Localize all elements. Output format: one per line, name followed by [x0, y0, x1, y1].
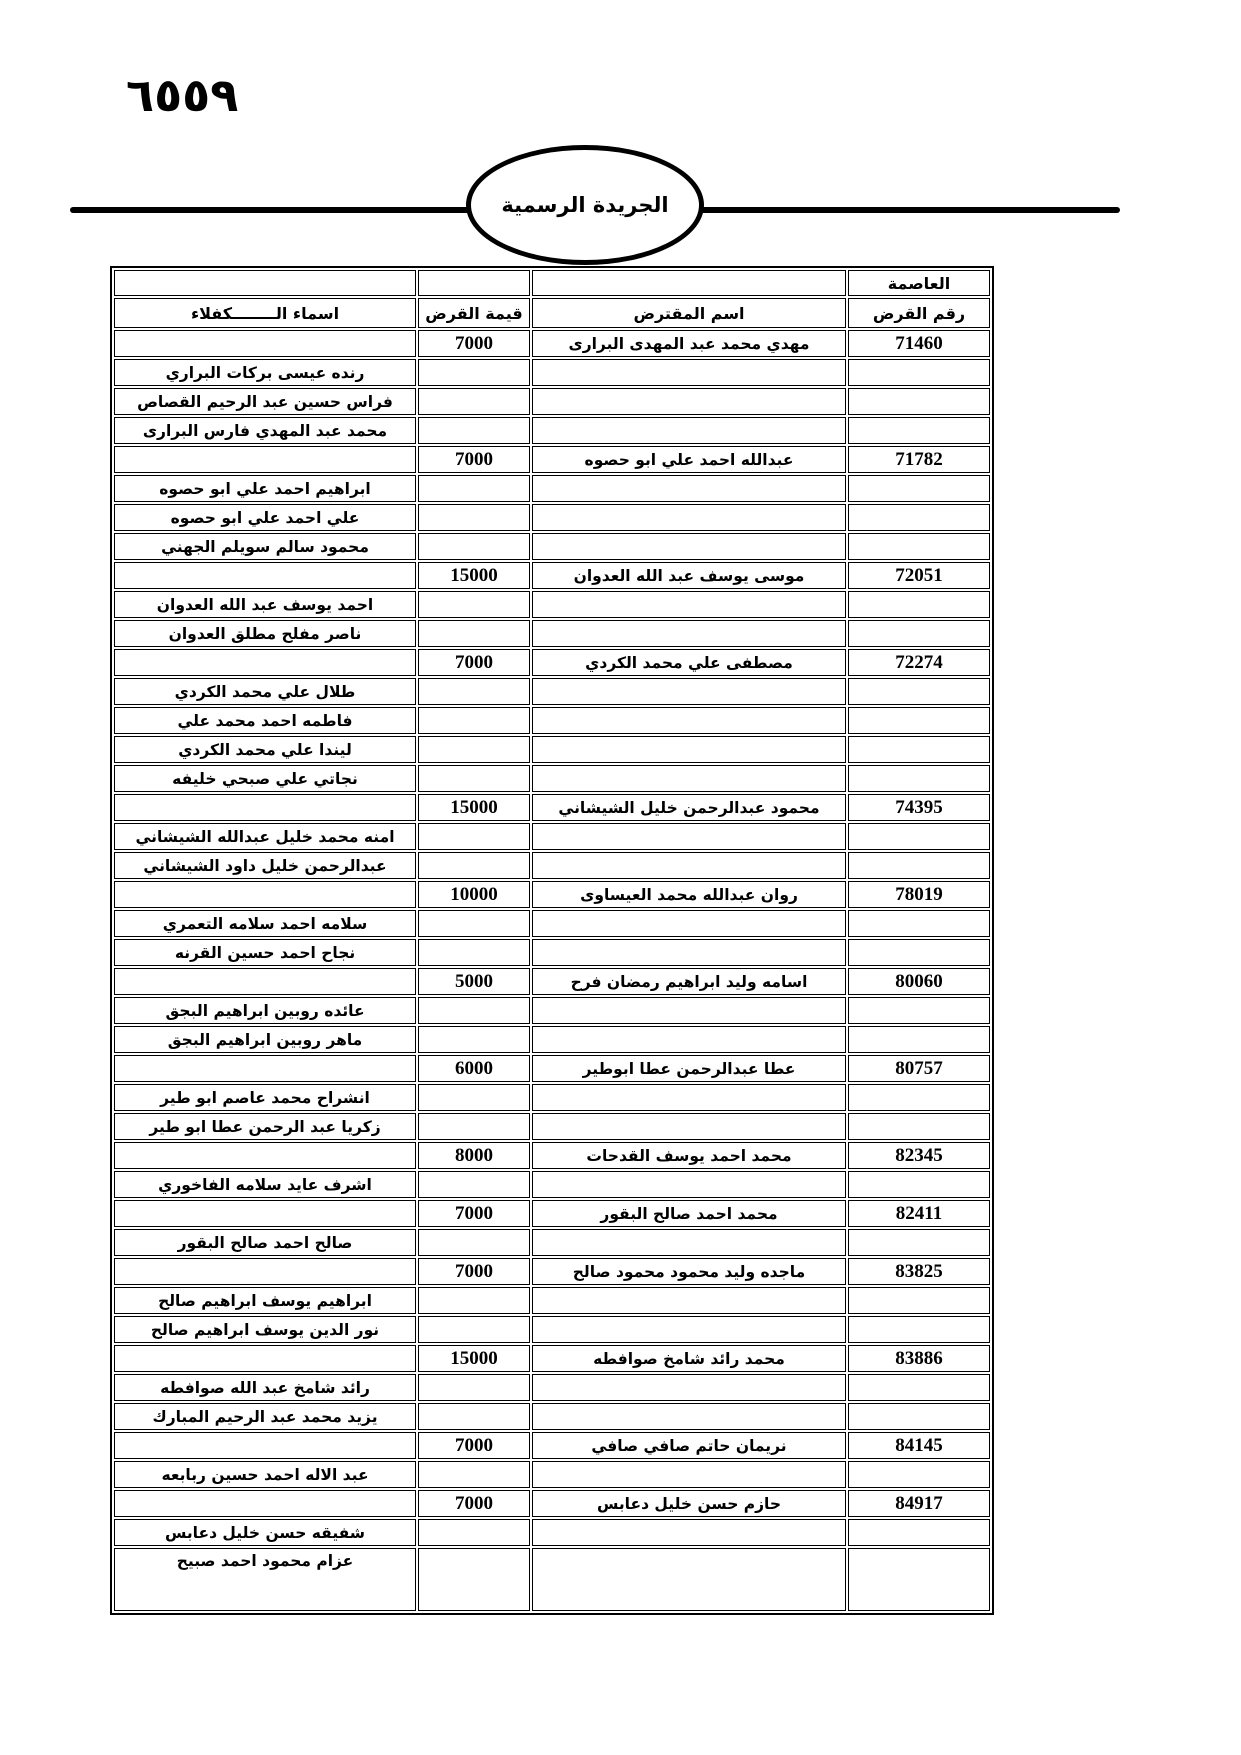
amount-cell: 7000 [418, 1490, 530, 1517]
guarantor-row: رنده عيسى بركات البراري [114, 359, 990, 386]
guarantor-cell: ابراهيم يوسف ابراهيم صالح [114, 1287, 416, 1314]
loan-number-cell: 72051 [848, 562, 990, 589]
guarantor-cell: ناصر مفلح مطلق العدوان [114, 620, 416, 647]
amount-cell [418, 1287, 530, 1314]
borrower-cell [532, 504, 846, 531]
borrower-cell: عطا عبدالرحمن عطا ابوطير [532, 1055, 846, 1082]
loan-number-cell: 84145 [848, 1432, 990, 1459]
guarantor-row: طلال علي محمد الكردي [114, 678, 990, 705]
amount-cell [418, 591, 530, 618]
guarantor-row: رائد شامخ عبد الله صوافطه [114, 1374, 990, 1401]
guarantor-cell: ماهر روبين ابراهيم البجق [114, 1026, 416, 1053]
guarantor-row: فراس حسين عبد الرحيم القصاص [114, 388, 990, 415]
borrower-cell: اسامه وليد ابراهيم رمضان فرح [532, 968, 846, 995]
loan-number-cell [848, 591, 990, 618]
empty-cell [418, 270, 530, 296]
loan-number-cell [848, 1026, 990, 1053]
guarantor-cell: صالح احمد صالح البقور [114, 1229, 416, 1256]
borrower-cell [532, 1026, 846, 1053]
loan-row: 84145نريمان حاتم صافي صافي7000 [114, 1432, 990, 1459]
guarantor-cell: محمد عبد المهدي فارس البرارى [114, 417, 416, 444]
amount-cell [418, 1171, 530, 1198]
loan-row: 72051موسى يوسف عبد الله العدوان15000 [114, 562, 990, 589]
amount-cell: 7000 [418, 1432, 530, 1459]
guarantor-cell: زكريا عبد الرحمن عطا ابو طير [114, 1113, 416, 1140]
loan-row: 71460مهدي محمد عبد المهدى البرارى7000 [114, 330, 990, 357]
borrower-cell [532, 1316, 846, 1343]
column-header-loan-number: رقم القرض [848, 298, 990, 328]
guarantor-row: نور الدين يوسف ابراهيم صالح [114, 1316, 990, 1343]
guarantor-row: علي احمد علي ابو حصوه [114, 504, 990, 531]
guarantor-row: نجاح احمد حسين القرنه [114, 939, 990, 966]
borrower-cell [532, 1548, 846, 1611]
amount-cell [418, 1316, 530, 1343]
amount-cell [418, 852, 530, 879]
column-header-row: رقم القرض اسم المقترض قيمة القرض اسماء ا… [114, 298, 990, 328]
amount-cell [418, 997, 530, 1024]
loan-number-cell: 82411 [848, 1200, 990, 1227]
guarantor-row: امنه محمد خليل عبدالله الشيشاني [114, 823, 990, 850]
loan-row: 84917حازم حسن خليل دعابس7000 [114, 1490, 990, 1517]
guarantor-cell [114, 1490, 416, 1517]
loan-number-cell: 74395 [848, 794, 990, 821]
amount-cell [418, 620, 530, 647]
borrower-cell [532, 417, 846, 444]
page-number: ٦٥٥٩ [126, 68, 238, 122]
borrower-cell [532, 707, 846, 734]
borrower-cell [532, 939, 846, 966]
guarantor-row: نجاتي علي صبحي خليفه [114, 765, 990, 792]
guarantor-cell [114, 330, 416, 357]
loan-number-cell [848, 1084, 990, 1111]
borrower-cell [532, 823, 846, 850]
amount-cell [418, 388, 530, 415]
guarantor-cell [114, 1345, 416, 1372]
borrower-cell: عبدالله احمد علي ابو حصوه [532, 446, 846, 473]
borrower-cell [532, 620, 846, 647]
guarantor-cell: سلامه احمد سلامه التعمري [114, 910, 416, 937]
guarantor-row: سلامه احمد سلامه التعمري [114, 910, 990, 937]
loan-number-cell [848, 707, 990, 734]
amount-cell [418, 1084, 530, 1111]
guarantor-row: يزيد محمد عبد الرحيم المبارك [114, 1403, 990, 1430]
guarantor-cell: رائد شامخ عبد الله صوافطه [114, 1374, 416, 1401]
guarantor-cell: ابراهيم احمد علي ابو حصوه [114, 475, 416, 502]
borrower-cell [532, 388, 846, 415]
amount-cell [418, 359, 530, 386]
loan-number-cell [848, 1316, 990, 1343]
guarantor-row: ماهر روبين ابراهيم البجق [114, 1026, 990, 1053]
amount-cell [418, 1026, 530, 1053]
amount-cell [418, 765, 530, 792]
borrower-cell: روان عبدالله محمد العيساوى [532, 881, 846, 908]
borrower-cell [532, 736, 846, 763]
guarantor-cell: نجاح احمد حسين القرنه [114, 939, 416, 966]
guarantor-row: اشرف عايد سلامه الفاخوري [114, 1171, 990, 1198]
loan-row: 83886محمد رائد شامخ صوافطه15000 [114, 1345, 990, 1372]
loan-number-cell [848, 504, 990, 531]
guarantor-cell [114, 649, 416, 676]
loan-number-cell: 84917 [848, 1490, 990, 1517]
borrower-cell [532, 1461, 846, 1488]
borrower-cell [532, 1171, 846, 1198]
guarantor-cell: عبد الاله احمد حسين ربابعه [114, 1461, 416, 1488]
borrower-cell [532, 1229, 846, 1256]
loan-number-cell [848, 1519, 990, 1546]
loan-row: 83825ماجده وليد محمود محمود صالح7000 [114, 1258, 990, 1285]
amount-cell: 7000 [418, 1258, 530, 1285]
loan-table: العاصمة رقم القرض اسم المقترض قيمة القرض… [110, 266, 994, 1615]
loan-number-cell [848, 765, 990, 792]
guarantor-cell: امنه محمد خليل عبدالله الشيشاني [114, 823, 416, 850]
loan-number-cell: 80060 [848, 968, 990, 995]
guarantor-cell: نور الدين يوسف ابراهيم صالح [114, 1316, 416, 1343]
amount-cell [418, 504, 530, 531]
guarantor-cell: ليندا علي محمد الكردي [114, 736, 416, 763]
borrower-cell [532, 1084, 846, 1111]
guarantor-row: محمد عبد المهدي فارس البرارى [114, 417, 990, 444]
amount-cell [418, 1374, 530, 1401]
empty-cell [114, 270, 416, 296]
amount-cell [418, 417, 530, 444]
borrower-cell [532, 533, 846, 560]
loan-number-cell [848, 1548, 990, 1611]
borrower-cell: ماجده وليد محمود محمود صالح [532, 1258, 846, 1285]
gazette-title-oval: الجريدة الرسمية [466, 145, 704, 265]
guarantor-row: انشراح محمد عاصم ابو طير [114, 1084, 990, 1111]
borrower-cell: مصطفى علي محمد الكردي [532, 649, 846, 676]
amount-cell: 5000 [418, 968, 530, 995]
loan-number-cell [848, 823, 990, 850]
amount-cell: 7000 [418, 1200, 530, 1227]
region-header-cell: العاصمة [848, 270, 990, 296]
guarantor-row: ليندا علي محمد الكردي [114, 736, 990, 763]
guarantor-cell [114, 562, 416, 589]
amount-cell: 7000 [418, 446, 530, 473]
borrower-cell: حازم حسن خليل دعابس [532, 1490, 846, 1517]
guarantor-cell: احمد يوسف عبد الله العدوان [114, 591, 416, 618]
guarantor-cell: محمود سالم سويلم الجهني [114, 533, 416, 560]
amount-cell: 15000 [418, 1345, 530, 1372]
guarantor-cell [114, 1200, 416, 1227]
loan-number-cell [848, 1171, 990, 1198]
amount-cell: 7000 [418, 649, 530, 676]
guarantor-row: احمد يوسف عبد الله العدوان [114, 591, 990, 618]
borrower-cell [532, 1519, 846, 1546]
loan-number-cell [848, 1403, 990, 1430]
column-header-borrower: اسم المقترض [532, 298, 846, 328]
loan-number-cell: 72274 [848, 649, 990, 676]
loan-number-cell: 71782 [848, 446, 990, 473]
amount-cell: 10000 [418, 881, 530, 908]
loan-row: 72274مصطفى علي محمد الكردي7000 [114, 649, 990, 676]
borrower-cell [532, 591, 846, 618]
loan-number-cell: 80757 [848, 1055, 990, 1082]
loan-number-cell [848, 620, 990, 647]
guarantor-row: عائده روبين ابراهيم البجق [114, 997, 990, 1024]
loan-number-cell: 78019 [848, 881, 990, 908]
amount-cell [418, 1519, 530, 1546]
loan-number-cell [848, 1229, 990, 1256]
guarantor-cell: نجاتي علي صبحي خليفه [114, 765, 416, 792]
guarantor-row: محمود سالم سويلم الجهني [114, 533, 990, 560]
loan-table-body: العاصمة رقم القرض اسم المقترض قيمة القرض… [114, 270, 990, 1611]
guarantor-cell [114, 881, 416, 908]
amount-cell: 15000 [418, 794, 530, 821]
borrower-cell: موسى يوسف عبد الله العدوان [532, 562, 846, 589]
loan-row: 80060اسامه وليد ابراهيم رمضان فرح5000 [114, 968, 990, 995]
loan-number-cell [848, 359, 990, 386]
borrower-cell [532, 678, 846, 705]
borrower-cell [532, 765, 846, 792]
guarantor-cell: شفيقه حسن خليل دعابس [114, 1519, 416, 1546]
borrower-cell [532, 910, 846, 937]
loan-row: 71782عبدالله احمد علي ابو حصوه7000 [114, 446, 990, 473]
amount-cell [418, 1461, 530, 1488]
region-header-row: العاصمة [114, 270, 990, 296]
borrower-cell: محمد احمد يوسف القدحات [532, 1142, 846, 1169]
borrower-cell: محمود عبدالرحمن خليل الشيشاني [532, 794, 846, 821]
loan-row: 82345محمد احمد يوسف القدحات8000 [114, 1142, 990, 1169]
loan-row: 82411محمد احمد صالح البقور7000 [114, 1200, 990, 1227]
guarantor-cell: فراس حسين عبد الرحيم القصاص [114, 388, 416, 415]
guarantor-row: صالح احمد صالح البقور [114, 1229, 990, 1256]
borrower-cell [532, 359, 846, 386]
borrower-cell [532, 997, 846, 1024]
loan-number-cell: 83825 [848, 1258, 990, 1285]
guarantor-row: ابراهيم احمد علي ابو حصوه [114, 475, 990, 502]
guarantor-row: ناصر مفلح مطلق العدوان [114, 620, 990, 647]
borrower-cell [532, 1113, 846, 1140]
gazette-title: الجريدة الرسمية [501, 193, 668, 217]
column-header-guarantors: اسماء الــــــــكفلاء [114, 298, 416, 328]
borrower-cell: مهدي محمد عبد المهدى البرارى [532, 330, 846, 357]
loan-number-cell [848, 533, 990, 560]
guarantor-cell [114, 794, 416, 821]
amount-cell: 15000 [418, 562, 530, 589]
amount-cell: 7000 [418, 330, 530, 357]
guarantor-cell: عائده روبين ابراهيم البجق [114, 997, 416, 1024]
guarantor-cell: فاطمه احمد محمد علي [114, 707, 416, 734]
loan-number-cell: 82345 [848, 1142, 990, 1169]
borrower-cell [532, 1374, 846, 1401]
amount-cell [418, 1229, 530, 1256]
amount-cell [418, 1403, 530, 1430]
guarantor-row: ابراهيم يوسف ابراهيم صالح [114, 1287, 990, 1314]
loan-number-cell [848, 678, 990, 705]
guarantor-cell [114, 446, 416, 473]
guarantor-cell [114, 1432, 416, 1459]
loan-row: 78019روان عبدالله محمد العيساوى10000 [114, 881, 990, 908]
loan-number-cell [848, 736, 990, 763]
guarantor-cell: اشرف عايد سلامه الفاخوري [114, 1171, 416, 1198]
amount-cell [418, 475, 530, 502]
loan-number-cell [848, 475, 990, 502]
loan-row: 80757عطا عبدالرحمن عطا ابوطير6000 [114, 1055, 990, 1082]
loan-number-cell [848, 1113, 990, 1140]
amount-cell [418, 1113, 530, 1140]
loan-number-cell [848, 417, 990, 444]
guarantor-cell: علي احمد علي ابو حصوه [114, 504, 416, 531]
borrower-cell: محمد رائد شامخ صوافطه [532, 1345, 846, 1372]
gazette-page: { "page": { "number_arabic": "٦٥٥٩", "ga… [0, 0, 1241, 1755]
guarantor-cell: عزام محمود احمد صبيح [114, 1548, 416, 1611]
loan-number-cell [848, 1287, 990, 1314]
guarantor-cell: طلال علي محمد الكردي [114, 678, 416, 705]
borrower-cell [532, 1287, 846, 1314]
amount-cell [418, 678, 530, 705]
guarantor-row: عبد الاله احمد حسين ربابعه [114, 1461, 990, 1488]
guarantor-cell [114, 968, 416, 995]
guarantor-cell: يزيد محمد عبد الرحيم المبارك [114, 1403, 416, 1430]
guarantor-row: عبدالرحمن خليل داود الشيشاني [114, 852, 990, 879]
loan-number-cell [848, 852, 990, 879]
guarantor-cell [114, 1055, 416, 1082]
amount-cell: 8000 [418, 1142, 530, 1169]
amount-cell [418, 1548, 530, 1611]
guarantor-row: فاطمه احمد محمد علي [114, 707, 990, 734]
guarantor-row: عزام محمود احمد صبيح [114, 1548, 990, 1611]
amount-cell [418, 533, 530, 560]
loan-row: 74395محمود عبدالرحمن خليل الشيشاني15000 [114, 794, 990, 821]
borrower-cell [532, 475, 846, 502]
column-header-amount: قيمة القرض [418, 298, 530, 328]
amount-cell [418, 707, 530, 734]
amount-cell [418, 736, 530, 763]
amount-cell: 6000 [418, 1055, 530, 1082]
guarantor-cell: انشراح محمد عاصم ابو طير [114, 1084, 416, 1111]
guarantor-cell [114, 1258, 416, 1285]
loan-number-cell [848, 1374, 990, 1401]
borrower-cell: محمد احمد صالح البقور [532, 1200, 846, 1227]
borrower-cell [532, 852, 846, 879]
empty-cell [532, 270, 846, 296]
guarantor-row: زكريا عبد الرحمن عطا ابو طير [114, 1113, 990, 1140]
guarantor-cell [114, 1142, 416, 1169]
guarantor-cell: عبدالرحمن خليل داود الشيشاني [114, 852, 416, 879]
loan-number-cell: 83886 [848, 1345, 990, 1372]
loan-number-cell [848, 1461, 990, 1488]
loan-number-cell: 71460 [848, 330, 990, 357]
amount-cell [418, 939, 530, 966]
loan-number-cell [848, 939, 990, 966]
guarantor-row: شفيقه حسن خليل دعابس [114, 1519, 990, 1546]
guarantor-cell: رنده عيسى بركات البراري [114, 359, 416, 386]
borrower-cell [532, 1403, 846, 1430]
loan-number-cell [848, 910, 990, 937]
borrower-cell: نريمان حاتم صافي صافي [532, 1432, 846, 1459]
loan-number-cell [848, 388, 990, 415]
loan-number-cell [848, 997, 990, 1024]
amount-cell [418, 823, 530, 850]
amount-cell [418, 910, 530, 937]
